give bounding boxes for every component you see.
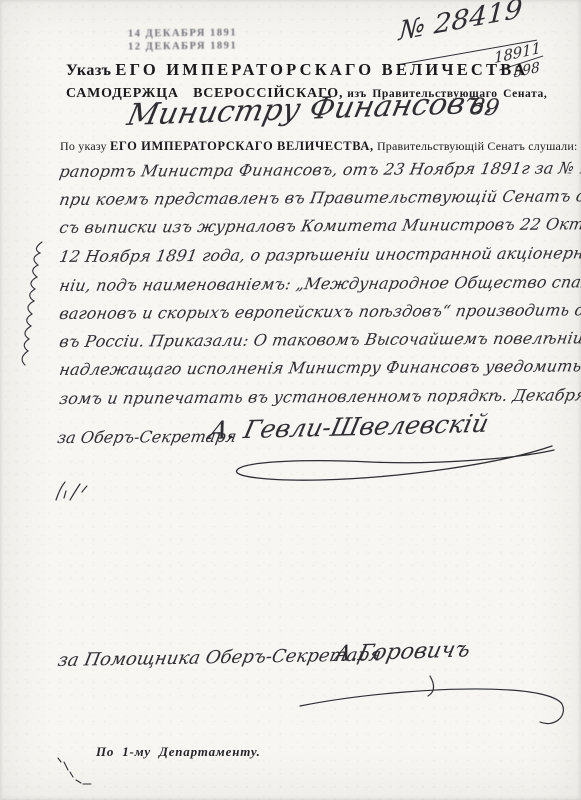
body-line-1: рапортъ Министра Финансовъ, отъ 23 Ноябр…: [58, 158, 581, 181]
header-line-1: Указъ ЕГО ИМПЕРАТОРСКАГО ВЕЛИЧЕСТВА: [66, 60, 529, 80]
signature2-name: А.Горовичъ: [332, 637, 473, 667]
header-title: ЕГО ИМПЕРАТОРСКАГО ВЕЛИЧЕСТВА: [115, 60, 528, 79]
date-stamp-line1: 14 ДЕКАБРЯ 1891: [128, 26, 237, 40]
preamble-line: По указу ЕГО ИМПЕРАТОРСКАГО ВЕЛИЧЕСТВА, …: [60, 139, 578, 154]
preamble-part3: Правительствующій Сенатъ слушали:: [377, 139, 578, 153]
preamble-part2: ЕГО ИМПЕРАТОРСКАГО ВЕЛИЧЕСТВА,: [110, 139, 374, 153]
footer-department-note: По 1-му Департаменту.: [96, 744, 261, 760]
handwritten-register-number: 89: [468, 94, 501, 121]
date-stamp: 14 ДЕКАБРЯ 1891 12 ДЕКАБРЯ 1891: [128, 26, 237, 53]
handwritten-doc-number: № 28419: [398, 0, 523, 47]
verification-scribble: [48, 474, 108, 510]
body-line-9: зомъ и припечатать въ установленномъ пор…: [58, 384, 581, 408]
preamble-part1: По указу: [60, 139, 107, 153]
body-line-8: надлежащаго исполненія Министру Финансов…: [58, 356, 581, 379]
body-line-4: 12 Ноября 1891 года, о разрѣшеніи иностр…: [58, 243, 581, 266]
body-line-7: въ Россіи. Приказали: О таковомъ Высочай…: [58, 328, 581, 351]
body-line-5: ніи, подъ наименованіемъ: „Международное…: [58, 272, 581, 295]
body-line-2: при коемъ представленъ въ Правительствую…: [58, 186, 581, 209]
signature1-flourish: [200, 440, 560, 485]
body-line-6: вагоновъ и скорыхъ европейскихъ поѣздовъ…: [58, 300, 581, 323]
header-ukaz: Указъ: [66, 62, 111, 79]
date-stamp-line2: 12 ДЕКАБРЯ 1891: [128, 39, 237, 53]
body-line-3: съ выписки изъ журналовъ Комитета Минист…: [58, 214, 581, 237]
signature2-flourish: [290, 672, 575, 737]
footer-scribble: [50, 752, 110, 792]
scanned-ukaz-document: 14 ДЕКАБРЯ 1891 12 ДЕКАБРЯ 1891 № 28419 …: [0, 0, 581, 800]
margin-scribble-vertical: [18, 238, 52, 378]
